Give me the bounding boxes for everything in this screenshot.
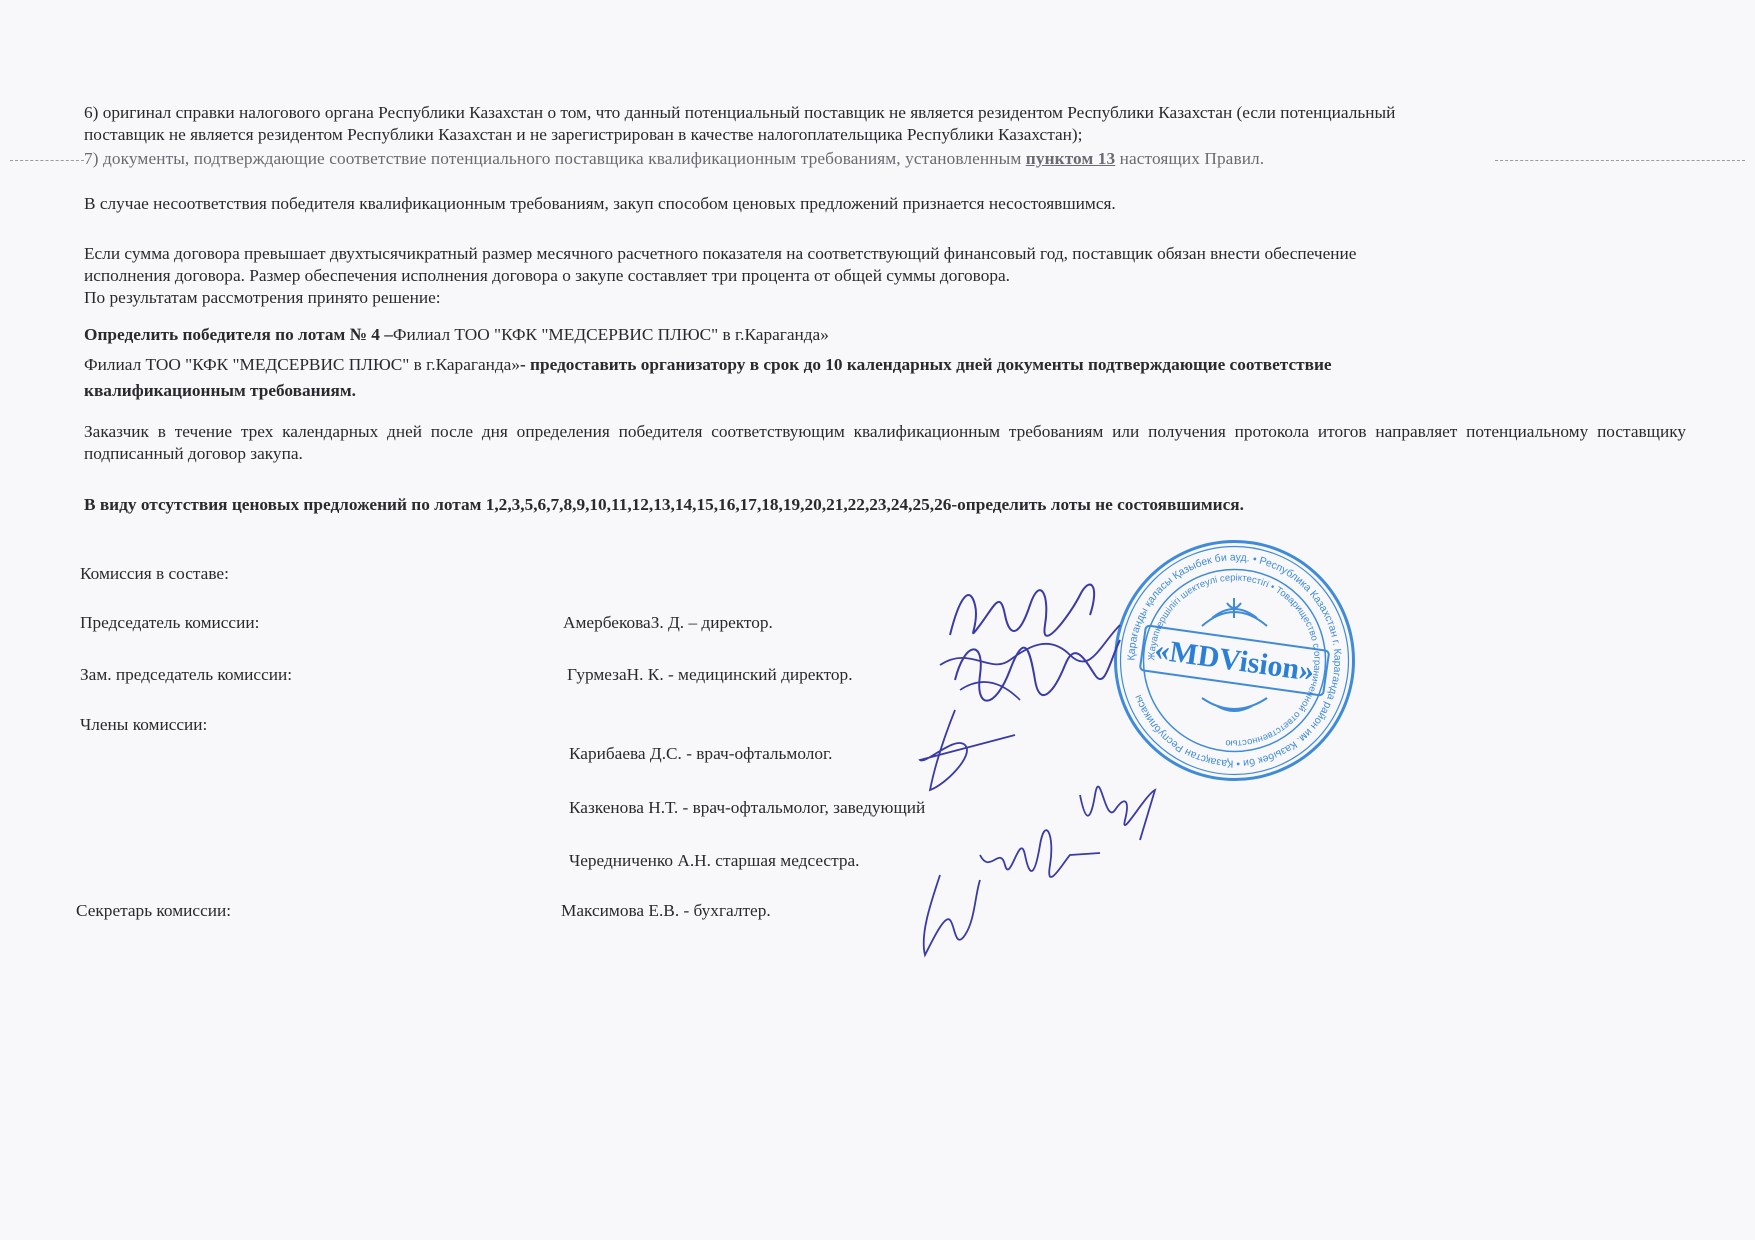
- deputy-label: Зам. председатель комиссии:: [80, 664, 292, 686]
- secretary-name: Максимова Е.В. - бухгалтер.: [561, 900, 771, 922]
- item-7-link[interactable]: пунктом 13: [1026, 149, 1115, 168]
- document-page: 6) оригинал справки налогового органа Ре…: [0, 0, 1755, 1240]
- secretary-label: Секретарь комиссии:: [76, 900, 231, 922]
- deputy-name: ГурмезаН. К. - медицинский директор.: [567, 664, 853, 686]
- commission-heading: Комиссия в составе:: [80, 563, 229, 585]
- winner-name-repeat: Филиал ТОО "КФК "МЕДСЕРВИС ПЛЮС" в г.Кар…: [84, 355, 520, 374]
- winner-instruction: - предоставить организатору в срок до 10…: [520, 355, 1332, 374]
- signature-secretary: [910, 865, 990, 960]
- item-7-suffix: настоящих Правил.: [1115, 149, 1264, 168]
- scan-artifact-line: [10, 160, 84, 161]
- failed-lots: В виду отсутствия ценовых предложений по…: [84, 494, 1244, 516]
- paragraph-guarantee-line-1: Если сумма договора превышает двухтысячи…: [84, 243, 1356, 265]
- company-seal: Қарағанды қаласы Қазыбек би ауд. • Респу…: [1112, 538, 1357, 783]
- paragraph-customer: Заказчик в течение трех календарных дней…: [84, 421, 1686, 465]
- item-7-prefix: 7) документы, подтверждающие соответстви…: [84, 149, 1026, 168]
- member-2: Казкенова Н.Т. - врач-офтальмолог, завед…: [569, 797, 925, 819]
- seal-center-text: «MDVision»: [1153, 633, 1317, 688]
- chair-label: Председатель комиссии:: [80, 612, 259, 634]
- winner-line: Определить победителя по лотам № 4 –Фили…: [84, 324, 829, 346]
- decision-intro: По результатам рассмотрения принято реше…: [84, 287, 441, 309]
- members-label: Члены комиссии:: [80, 714, 207, 736]
- signature-member-3: [975, 825, 1105, 885]
- member-3: Чередниченко А.Н. старшая медсестра.: [569, 850, 860, 872]
- item-6-line-2: поставщик не является резидентом Республ…: [84, 124, 1082, 146]
- winner-prefix: Определить победителя по лотам № 4 –: [84, 325, 393, 344]
- signature-member-1: [915, 705, 1025, 800]
- winner-instruction-line-2: квалификационным требованиям.: [84, 380, 356, 402]
- item-7: 7) документы, подтверждающие соответстви…: [84, 148, 1264, 170]
- paragraph-guarantee-line-2: исполнения договора. Размер обеспечения …: [84, 265, 1010, 287]
- scan-artifact-line: [1495, 160, 1745, 161]
- paragraph-mismatch: В случае несоответствия победителя квали…: [84, 193, 1116, 215]
- chair-name: АмербековаЗ. Д. – директор.: [563, 612, 773, 634]
- member-1: Карибаева Д.С. - врач-офтальмолог.: [569, 743, 833, 765]
- winner-name: Филиал ТОО "КФК "МЕДСЕРВИС ПЛЮС" в г.Кар…: [393, 325, 829, 344]
- item-6-line-1: 6) оригинал справки налогового органа Ре…: [84, 102, 1395, 124]
- winner-instruction-line-1: Филиал ТОО "КФК "МЕДСЕРВИС ПЛЮС" в г.Кар…: [84, 354, 1332, 376]
